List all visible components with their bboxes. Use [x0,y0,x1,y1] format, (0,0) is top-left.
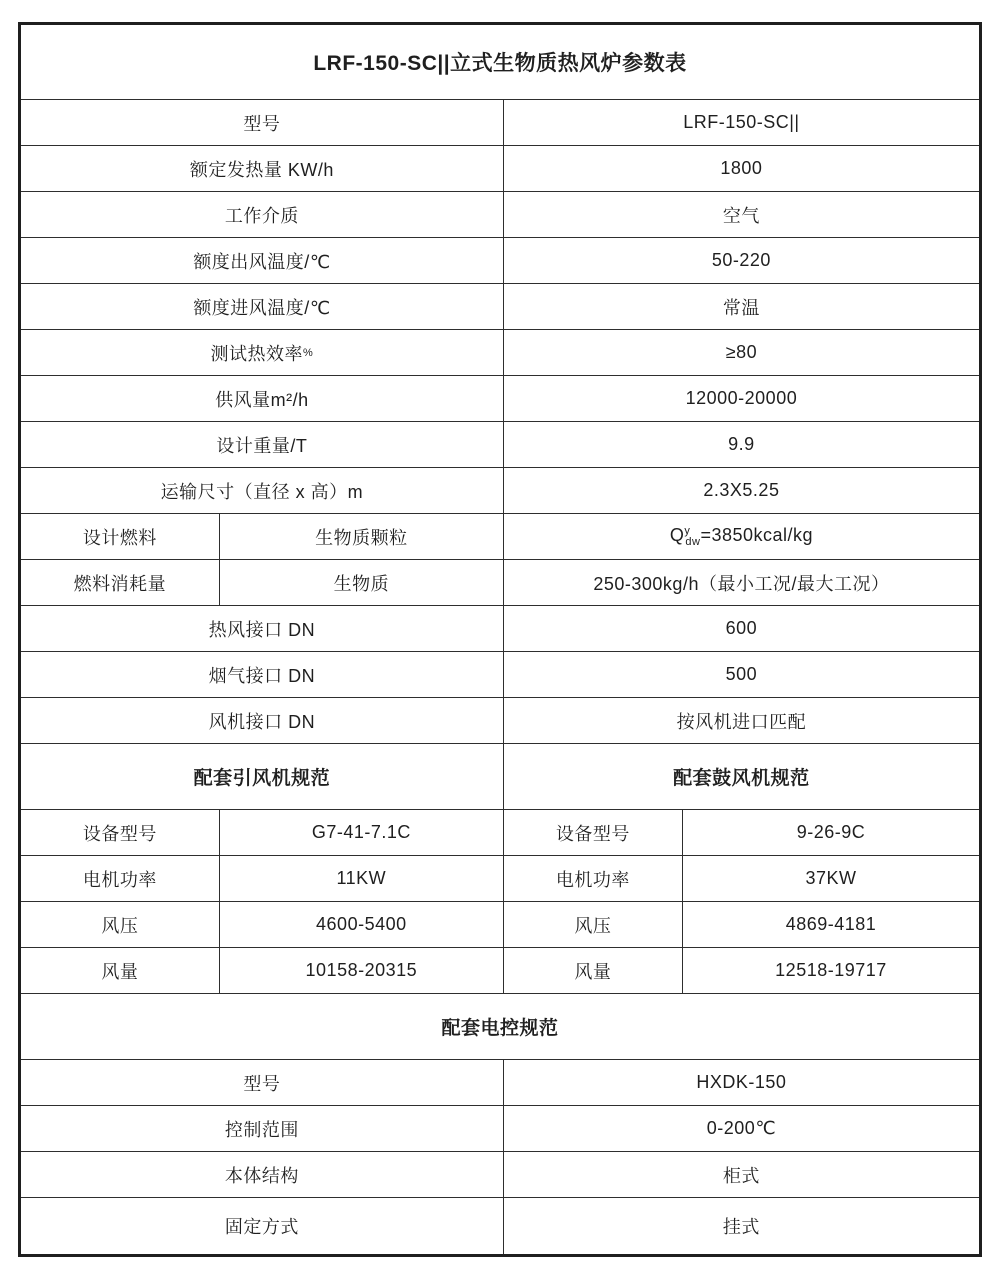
row-label: 型号 [21,100,503,145]
row-value: 1800 [503,146,979,191]
row-value: 空气 [503,192,979,237]
fan-right-label: 风压 [503,902,682,947]
row-value: 600 [503,606,979,651]
row-value: ≥80 [503,330,979,375]
fan-right-value: 37KW [682,856,979,901]
row-label: 运输尺寸（直径 x 高）m [21,468,503,513]
row-label-percent: % [303,347,313,359]
row-label: 测试热效率% [21,330,503,375]
row-label: 供风量m²/h [21,376,503,421]
spec-row-medium: 工作介质 空气 [21,191,979,237]
fan-right-value: 9-26-9C [682,810,979,855]
spec-row-model: 型号 LRF-150-SC|| [21,99,979,145]
spec-row-air-supply: 供风量m²/h 12000-20000 [21,375,979,421]
fuel-type-label: 生物质 [219,560,503,605]
fan-left-value: 4600-5400 [219,902,503,947]
row-value: 500 [503,652,979,697]
fan-left-value: 10158-20315 [219,948,503,993]
control-section-header: 配套电控规范 [21,994,979,1059]
control-row-range: 控制范围 0-200℃ [21,1105,979,1151]
control-section-header-row: 配套电控规范 [21,993,979,1059]
fuel-row-design: 设计燃料 生物质颗粒 Qydw=3850kcal/kg [21,513,979,559]
port-row-flue-gas: 烟气接口 DN 500 [21,651,979,697]
fuel-category-label: 设计燃料 [21,514,219,559]
fuel-type-label: 生物质颗粒 [219,514,503,559]
row-value: HXDK-150 [503,1060,979,1105]
row-value: LRF-150-SC|| [503,100,979,145]
row-label: 控制范围 [21,1106,503,1151]
spec-row-transport-size: 运输尺寸（直径 x 高）m 2.3X5.25 [21,467,979,513]
row-value: 50-220 [503,238,979,283]
fan-right-label: 电机功率 [503,856,682,901]
fan-right-label: 设备型号 [503,810,682,855]
induced-fan-header: 配套引风机规范 [21,744,503,809]
row-value: 柜式 [503,1152,979,1197]
row-label: 本体结构 [21,1152,503,1197]
port-row-fan: 风机接口 DN 按风机进口匹配 [21,697,979,743]
row-value: 按风机进口匹配 [503,698,979,743]
row-value: 常温 [503,284,979,329]
spec-row-outlet-temp: 额度出风温度/℃ 50-220 [21,237,979,283]
row-label: 额度出风温度/℃ [21,238,503,283]
row-label: 工作介质 [21,192,503,237]
spec-row-efficiency: 测试热效率% ≥80 [21,329,979,375]
blower-fan-header: 配套鼓风机规范 [503,744,979,809]
row-label: 固定方式 [21,1198,503,1254]
spec-row-inlet-temp: 额度进风温度/℃ 常温 [21,283,979,329]
spec-table: LRF-150-SC||立式生物质热风炉参数表 型号 LRF-150-SC|| … [18,22,982,1257]
fan-left-label: 风压 [21,902,219,947]
fan-row-motor-power: 电机功率 11KW 电机功率 37KW [21,855,979,901]
row-value: 2.3X5.25 [503,468,979,513]
row-label: 额度进风温度/℃ [21,284,503,329]
fuel-category-label: 燃料消耗量 [21,560,219,605]
fan-left-value: 11KW [219,856,503,901]
fan-right-label: 风量 [503,948,682,993]
fan-row-airflow: 风量 10158-20315 风量 12518-19717 [21,947,979,993]
row-label-text: 测试热效率 [211,340,304,366]
heat-value-formula: Qydw=3850kcal/kg [670,525,813,549]
spec-row-rated-heat: 额定发热量 KW/h 1800 [21,145,979,191]
fan-row-model: 设备型号 G7-41-7.1C 设备型号 9-26-9C [21,809,979,855]
fan-left-value: G7-41-7.1C [219,810,503,855]
row-label: 设计重量/T [21,422,503,467]
fan-row-pressure: 风压 4600-5400 风压 4869-4181 [21,901,979,947]
row-value: 挂式 [503,1198,979,1254]
row-label: 热风接口 DN [21,606,503,651]
row-label: 额定发热量 KW/h [21,146,503,191]
row-label: 风机接口 DN [21,698,503,743]
row-label: 烟气接口 DN [21,652,503,697]
fuel-consumption-value: 250-300kg/h（最小工况/最大工况） [503,560,979,605]
fuel-heat-value: Qydw=3850kcal/kg [503,514,979,559]
row-value: 0-200℃ [503,1106,979,1151]
fan-section-header-row: 配套引风机规范 配套鼓风机规范 [21,743,979,809]
row-value: 9.9 [503,422,979,467]
row-value: 12000-20000 [503,376,979,421]
control-row-model: 型号 HXDK-150 [21,1059,979,1105]
table-title: LRF-150-SC||立式生物质热风炉参数表 [21,25,979,99]
row-label: 型号 [21,1060,503,1105]
fan-right-value: 4869-4181 [682,902,979,947]
spec-row-weight: 设计重量/T 9.9 [21,421,979,467]
fuel-row-consumption: 燃料消耗量 生物质 250-300kg/h（最小工况/最大工况） [21,559,979,605]
control-row-structure: 本体结构 柜式 [21,1151,979,1197]
fan-left-label: 电机功率 [21,856,219,901]
fan-right-value: 12518-19717 [682,948,979,993]
fan-left-label: 风量 [21,948,219,993]
fan-left-label: 设备型号 [21,810,219,855]
control-row-mounting: 固定方式 挂式 [21,1197,979,1254]
port-row-hot-air: 热风接口 DN 600 [21,605,979,651]
title-row: LRF-150-SC||立式生物质热风炉参数表 [21,25,979,99]
